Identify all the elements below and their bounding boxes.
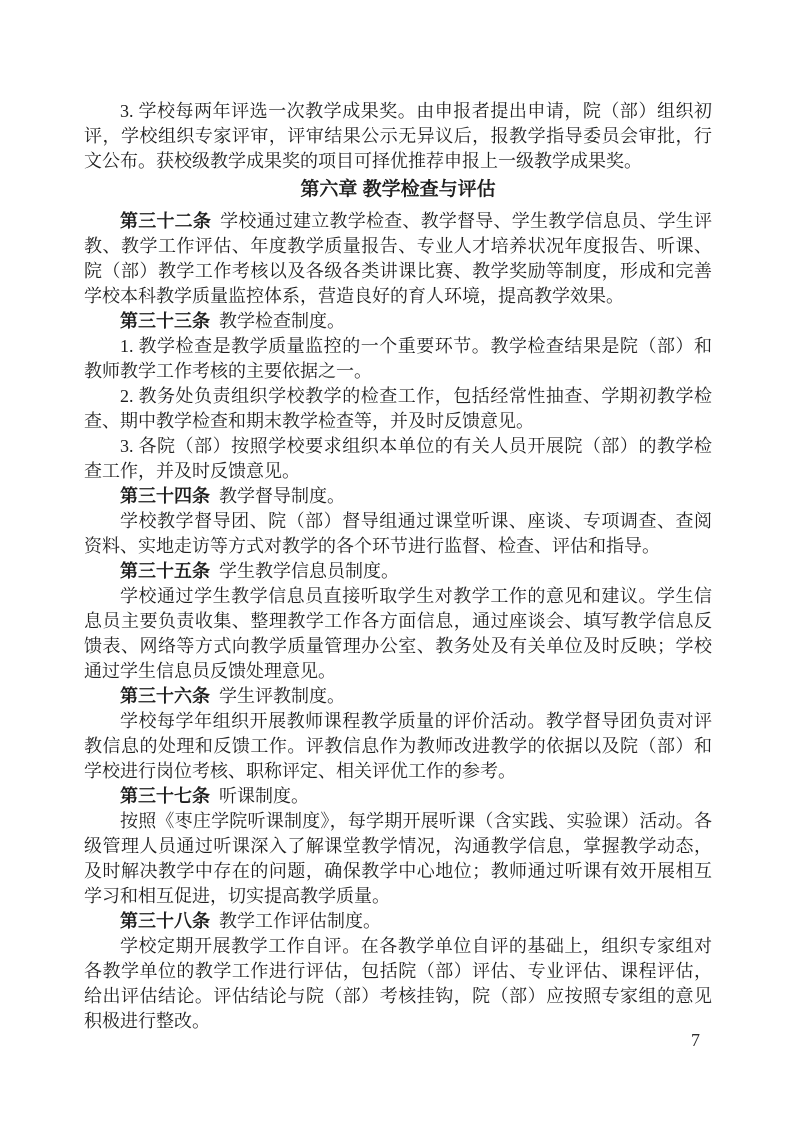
article-number: 第三十二条: [120, 211, 211, 231]
document-body: 3. 学校每两年评选一次教学成果奖。由申报者提出申请，院（部）组织初评，学校组织…: [0, 0, 795, 1034]
page-number: 7: [691, 1030, 700, 1050]
article-paragraph: 第三十四条教学督导制度。: [84, 484, 712, 509]
article-title-text: 学生评教制度。: [219, 686, 345, 706]
body-paragraph: 学校通过学生教学信息员直接听取学生对教学工作的意见和建议。学生信息员主要负责收集…: [84, 584, 712, 684]
article-title-text: 听课制度。: [219, 786, 309, 806]
article-number: 第三十六条: [120, 686, 210, 706]
article-number: 第三十五条: [120, 561, 210, 581]
body-paragraph: 学校教学督导团、院（部）督导组通过课堂听课、座谈、专项调查、查阅资料、实地走访等…: [84, 509, 712, 559]
article-paragraph: 第三十八条教学工作评估制度。: [84, 909, 712, 934]
article-paragraph: 第三十三条教学检查制度。: [84, 309, 712, 334]
article-paragraph: 第三十五条学生教学信息员制度。: [84, 559, 712, 584]
body-paragraph: 学校每学年组织开展教师课程教学质量的评价活动。教学督导团负责对评教信息的处理和反…: [84, 709, 712, 784]
body-paragraph: 学校定期开展教学工作自评。在各教学单位自评的基础上，组织专家组对各教学单位的教学…: [84, 934, 712, 1034]
body-paragraph: 3. 各院（部）按照学校要求组织本单位的有关人员开展院（部）的教学检查工作，并及…: [84, 434, 712, 484]
body-paragraph: 3. 学校每两年评选一次教学成果奖。由申报者提出申请，院（部）组织初评，学校组织…: [84, 99, 712, 174]
document-page: 3. 学校每两年评选一次教学成果奖。由申报者提出申请，院（部）组织初评，学校组织…: [0, 0, 795, 1124]
article-paragraph: 第三十六条学生评教制度。: [84, 684, 712, 709]
body-paragraph: 按照《枣庄学院听课制度》，每学期开展听课（含实践、实验课）活动。各级管理人员通过…: [84, 809, 712, 909]
article-title-text: 教学督导制度。: [219, 486, 345, 506]
article-number: 第三十四条: [120, 486, 210, 506]
chapter-heading: 第六章 教学检查与评估: [84, 176, 712, 203]
article-paragraph: 第三十七条听课制度。: [84, 784, 712, 809]
body-paragraph: 2. 教务处负责组织学校教学的检查工作，包括经常性抽查、学期初教学检查、期中教学…: [84, 384, 712, 434]
article-number: 第三十三条: [120, 311, 210, 331]
article-paragraph: 第三十二条学校通过建立教学检查、教学督导、学生教学信息员、学生评教、教学工作评估…: [84, 209, 712, 309]
article-title-text: 学生教学信息员制度。: [219, 561, 399, 581]
article-title-text: 教学检查制度。: [219, 311, 345, 331]
article-number: 第三十八条: [120, 911, 210, 931]
article-number: 第三十七条: [120, 786, 210, 806]
article-title-text: 教学工作评估制度。: [219, 911, 381, 931]
body-paragraph: 1. 教学检查是教学质量监控的一个重要环节。教学检查结果是院（部）和教师教学工作…: [84, 334, 712, 384]
